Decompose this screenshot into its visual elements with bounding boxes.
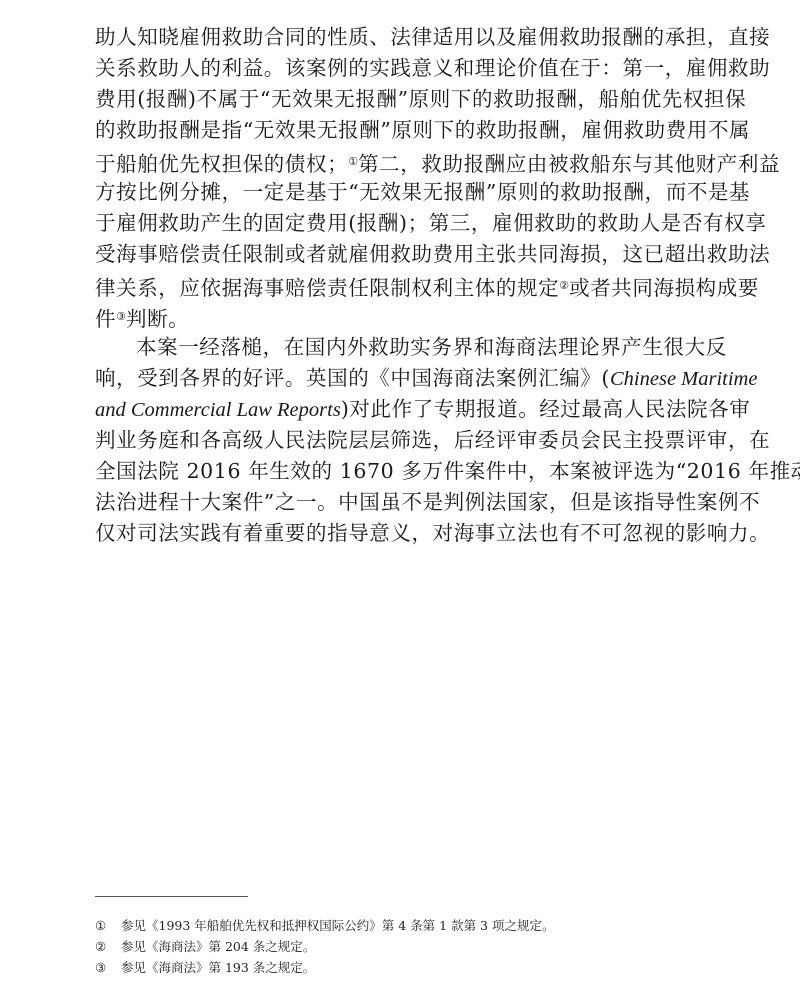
text-line: and Commercial Law Reports)对此作了专期报道。经过最高… bbox=[95, 394, 709, 425]
italic-title: Chinese Maritime bbox=[610, 368, 757, 390]
text-segment: )对此作了专期报道。经过最高人民法院各审 bbox=[341, 397, 751, 421]
text-line: 法治进程十大案件”之一。中国虽不是判例法国家，但是该指导性案例不 bbox=[95, 487, 709, 518]
text-line: 仅对司法实践有着重要的指导意义，对海事立法也有不可忽视的影响力。 bbox=[95, 518, 709, 549]
text-segment: 响，受到各界的好评。英国的《中国海商法案例汇编》( bbox=[95, 366, 610, 390]
footnote-ref-3[interactable]: ③ bbox=[116, 310, 126, 323]
text-segment: 本案一经落槌，在国内外救助实务界和海商法理论界产生很大反 bbox=[136, 335, 727, 359]
text-segment: 或者共同海损构成要 bbox=[569, 276, 759, 300]
document-body: 助人知晓雇佣救助合同的性质、法律适用以及雇佣救助报酬的承担，直接 关系救助人的利… bbox=[95, 22, 709, 549]
text-line: 受海事赔偿责任限制或者就雇佣救助费用主张共同海损，这已超出救助法 bbox=[95, 239, 709, 270]
text-line: 费用(报酬)不属于“无效果无报酬”原则下的救助报酬，船舶优先权担保 bbox=[95, 84, 709, 115]
footnote-divider bbox=[95, 896, 248, 897]
paragraph-1: 助人知晓雇佣救助合同的性质、法律适用以及雇佣救助报酬的承担，直接 关系救助人的利… bbox=[95, 22, 709, 332]
italic-title: and Commercial Law Reports bbox=[95, 399, 341, 421]
footnote-mark: ① bbox=[95, 915, 121, 936]
text-line: 关系救助人的利益。该案例的实践意义和理论价值在于：第一，雇佣救助 bbox=[95, 53, 709, 84]
footnote-mark: ② bbox=[95, 936, 121, 957]
footnote-mark: ③ bbox=[95, 957, 121, 978]
paragraph-2: 本案一经落槌，在国内外救助实务界和海商法理论界产生很大反 响，受到各界的好评。英… bbox=[95, 332, 709, 549]
text-segment: 判断。 bbox=[126, 307, 189, 331]
text-line: 本案一经落槌，在国内外救助实务界和海商法理论界产生很大反 bbox=[95, 332, 709, 363]
footnote-text: 参见《海商法》第 193 条之规定。 bbox=[121, 960, 315, 975]
text-segment: 件 bbox=[95, 307, 116, 331]
footnote-text: 参见《海商法》第 204 条之规定。 bbox=[121, 939, 315, 954]
footnote-ref-2[interactable]: ② bbox=[559, 279, 569, 292]
text-line: 全国法院 2016 年生效的 1670 多万件案件中，本案被评选为“2016 年… bbox=[95, 456, 709, 487]
footnote-ref-1[interactable]: ① bbox=[348, 155, 358, 168]
footnotes: ①参见《1993 年船舶优先权和抵押权国际公约》第 4 条第 1 款第 3 项之… bbox=[95, 915, 735, 978]
text-line: 于船舶优先权担保的债权；①第二，救助报酬应由被救船东与其他财产利益 bbox=[95, 146, 709, 177]
footnote-3: ③参见《海商法》第 193 条之规定。 bbox=[95, 957, 735, 978]
footnote-text: 参见《1993 年船舶优先权和抵押权国际公约》第 4 条第 1 款第 3 项之规… bbox=[121, 918, 555, 933]
text-line: 于雇佣救助产生的固定费用(报酬)；第三，雇佣救助的救助人是否有权享 bbox=[95, 208, 709, 239]
footnote-1: ①参见《1993 年船舶优先权和抵押权国际公约》第 4 条第 1 款第 3 项之… bbox=[95, 915, 735, 936]
text-line: 助人知晓雇佣救助合同的性质、法律适用以及雇佣救助报酬的承担，直接 bbox=[95, 22, 709, 53]
text-line: 判业务庭和各高级人民法院层层筛选，后经评审委员会民主投票评审，在 bbox=[95, 425, 709, 456]
text-segment: 律关系，应依据海事赔偿责任限制权利主体的规定 bbox=[95, 276, 559, 300]
text-segment: 于船舶优先权担保的债权； bbox=[95, 152, 348, 176]
footnote-2: ②参见《海商法》第 204 条之规定。 bbox=[95, 936, 735, 957]
text-line: 响，受到各界的好评。英国的《中国海商法案例汇编》(Chinese Maritim… bbox=[95, 363, 709, 394]
text-line: 律关系，应依据海事赔偿责任限制权利主体的规定②或者共同海损构成要 bbox=[95, 270, 709, 301]
text-line: 的救助报酬是指“无效果无报酬”原则下的救助报酬，雇佣救助费用不属 bbox=[95, 115, 709, 146]
text-line: 件③判断。 bbox=[95, 301, 709, 332]
text-line: 方按比例分摊，一定是基于“无效果无报酬”原则的救助报酬，而不是基 bbox=[95, 177, 709, 208]
text-segment: 第二，救助报酬应由被救船东与其他财产利益 bbox=[358, 152, 780, 176]
